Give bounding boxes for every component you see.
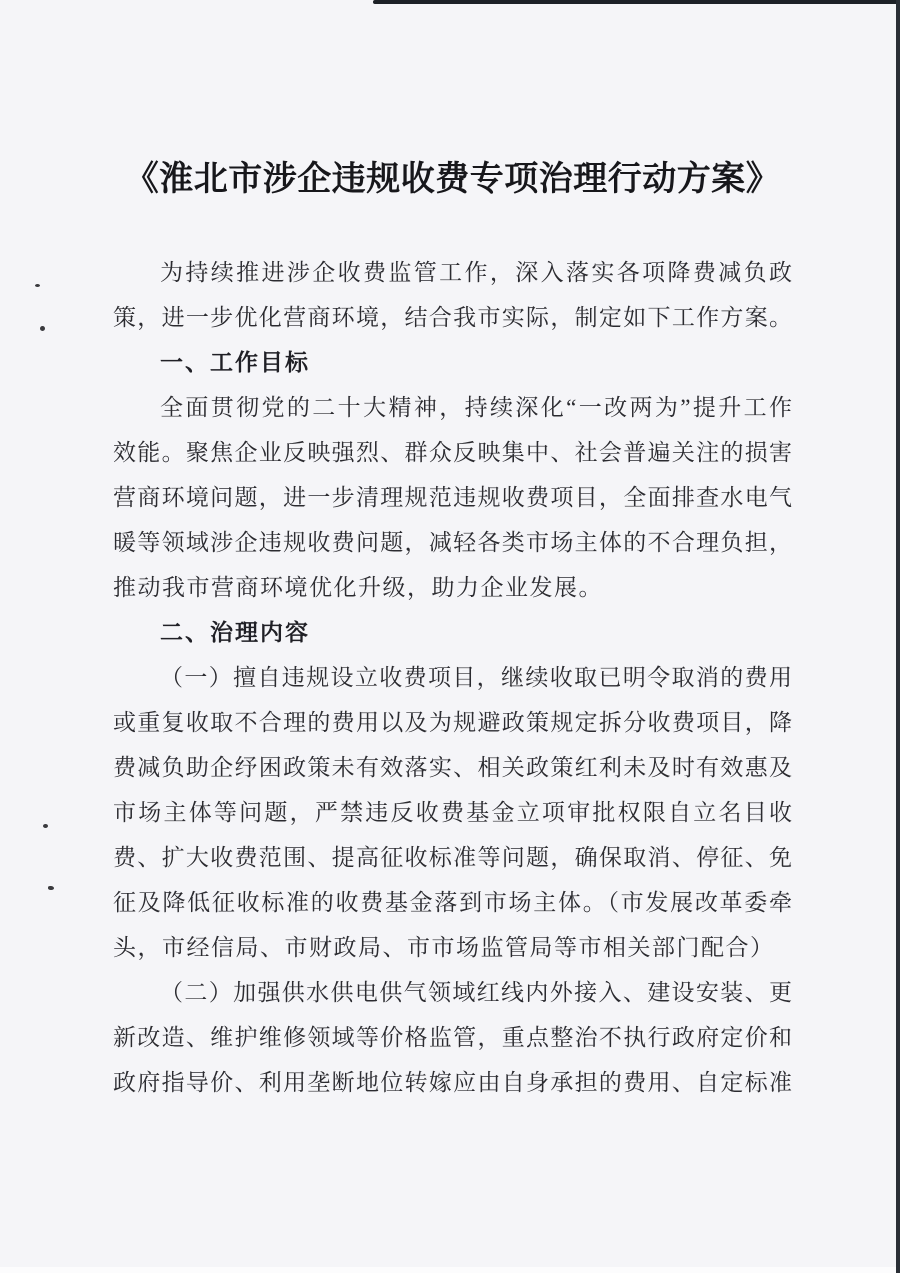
body-line: 政府指导价、利用垄断地位转嫁应由自身承担的费用、自定标准 xyxy=(113,1060,792,1105)
body-line: 费、扩大收费范围、提高征收标准等问题，确保取消、停征、免 xyxy=(113,835,792,880)
scan-edge-right xyxy=(896,0,900,1273)
document-content: 《淮北市涉企违规收费专项治理行动方案》 为持续推进涉企收费监管工作，深入落实各项… xyxy=(113,150,792,1105)
body-line: 征及降低征收标准的收费基金落到市场主体。（市发展改革委牵 xyxy=(113,880,792,925)
document-title: 《淮北市涉企违规收费专项治理行动方案》 xyxy=(113,150,792,210)
body-line: 费减负助企纾困政策未有效落实、相关政策红利未及时有效惠及 xyxy=(113,745,792,790)
body-line: 头，市经信局、市财政局、市市场监管局等市相关部门配合） xyxy=(113,925,792,970)
body-line: 全面贯彻党的二十大精神，持续深化“一改两为”提升工作 xyxy=(113,385,792,430)
body-line: 为持续推进涉企收费监管工作，深入落实各项降费减负政 xyxy=(113,250,792,295)
paragraph: 为持续推进涉企收费监管工作，深入落实各项降费减负政策，进一步优化营商环境，结合我… xyxy=(113,250,792,340)
body-line: 暖等领域涉企违规收费问题，减轻各类市场主体的不合理负担， xyxy=(113,520,792,565)
body-line: 新改造、维护维修领域等价格监管，重点整治不执行政府定价和 xyxy=(113,1015,792,1060)
body-line: 营商环境问题，进一步清理规范违规收费项目，全面排查水电气 xyxy=(113,475,792,520)
body-line: 或重复收取不合理的费用以及为规避政策规定拆分收费项目，降 xyxy=(113,700,792,745)
paragraph: （二）加强供水供电供气领域红线内外接入、建设安装、更新改造、维护维修领域等价格监… xyxy=(113,970,792,1105)
scan-speck xyxy=(43,824,48,828)
document-body: 为持续推进涉企收费监管工作，深入落实各项降费减负政策，进一步优化营商环境，结合我… xyxy=(113,250,792,1105)
scanned-document-page: 《淮北市涉企违规收费专项治理行动方案》 为持续推进涉企收费监管工作，深入落实各项… xyxy=(0,0,900,1273)
body-line: 市场主体等问题，严禁违反收费基金立项审批权限自立名目收 xyxy=(113,790,792,835)
section-heading: 一、工作目标 xyxy=(113,340,792,385)
scan-speck xyxy=(40,326,45,331)
body-line: 策，进一步优化营商环境，结合我市实际，制定如下工作方案。 xyxy=(113,295,792,340)
body-line: 推动我市营商环境优化升级，助力企业发展。 xyxy=(113,565,792,610)
scan-speck xyxy=(35,284,40,287)
body-line: （二）加强供水供电供气领域红线内外接入、建设安装、更 xyxy=(113,970,792,1015)
scan-speck xyxy=(48,886,54,890)
scan-edge-bottom xyxy=(0,1267,896,1273)
section-heading: 二、治理内容 xyxy=(113,610,792,655)
paragraph: （一）擅自违规设立收费项目，继续收取已明令取消的费用或重复收取不合理的费用以及为… xyxy=(113,655,792,970)
paragraph: 全面贯彻党的二十大精神，持续深化“一改两为”提升工作效能。聚焦企业反映强烈、群众… xyxy=(113,385,792,610)
scan-edge-top xyxy=(373,0,900,4)
body-line: 效能。聚焦企业反映强烈、群众反映集中、社会普遍关注的损害 xyxy=(113,430,792,475)
body-line: （一）擅自违规设立收费项目，继续收取已明令取消的费用 xyxy=(113,655,792,700)
